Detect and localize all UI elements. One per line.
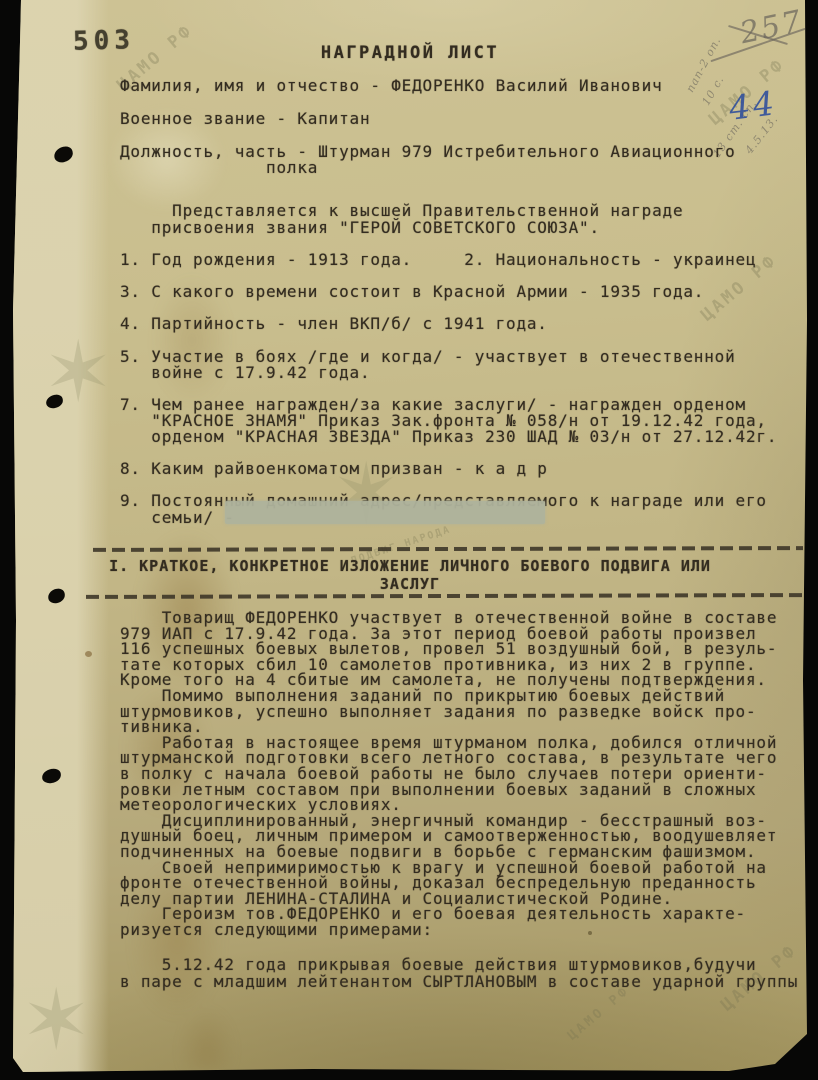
citation-example: 5.12.42 года прикрывая боевые действия ш… [120,956,798,990]
section1-heading-line1: I. КРАТКОЕ, КОНКРЕТНОЕ ИЗЛОЖЕНИЕ ЛИЧНОГО… [13,558,807,576]
document-title: НАГРАДНОЙ ЛИСТ [13,43,807,63]
section1-heading: I. КРАТКОЕ, КОНКРЕТНОЕ ИЗЛОЖЕНИЕ ЛИЧНОГО… [13,558,807,593]
citation-body: Товарищ ФЕДОРЕНКО участвует в отечествен… [120,610,777,937]
podvig-naroda-emblem-icon: ✶ [21,978,91,1062]
document-page: ЦАМО РФ ЦАМО РФ ЦАМО РФ ЦАМО РФ ЦАМО РФ … [13,0,807,1074]
section1-heading-line2: ЗАСЛУГ [13,576,807,594]
identity-block: Фамилия, имя и отчество - ФЕДОРЕНКО Васи… [120,78,736,176]
redaction-box [225,501,545,524]
scan-background: { "colors": { "paper": "#c4b887", "ink":… [0,0,818,1080]
podvig-naroda-emblem-icon: ✶ [43,330,113,414]
items-block: 1. Год рождения - 1913 года. 2. Национал… [120,252,777,526]
submission-block: Представляется к высшей Правительственно… [120,202,683,236]
paper-speck [85,651,92,657]
